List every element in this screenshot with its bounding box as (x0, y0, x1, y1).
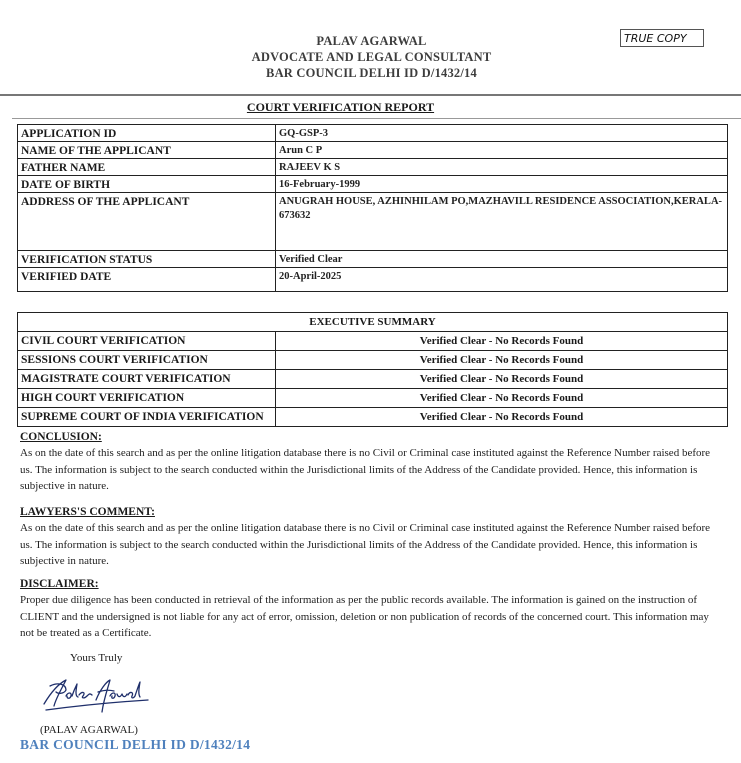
executive-summary-table: EXECUTIVE SUMMARY CIVIL COURT VERIFICATI… (17, 312, 728, 427)
detail-value: Arun C P (276, 142, 728, 159)
table-row: MAGISTRATE COURT VERIFICATIONVerified Cl… (18, 370, 728, 389)
title-divider (12, 118, 741, 119)
detail-label: VERIFIED DATE (18, 268, 276, 292)
table-row: VERIFIED DATE20-April-2025 (18, 268, 728, 292)
detail-label: DATE OF BIRTH (18, 176, 276, 193)
summary-title: EXECUTIVE SUMMARY (18, 313, 728, 332)
detail-label: APPLICATION ID (18, 125, 276, 142)
footer-bar-id: BAR COUNCIL DELHI ID D/1432/14 (20, 737, 250, 753)
true-copy-stamp: TRUE COPY (620, 29, 704, 47)
detail-label: ADDRESS OF THE APPLICANT (18, 193, 276, 251)
lawyers-comment-text: As on the date of this search and as per… (20, 520, 720, 570)
report-title: COURT VERIFICATION REPORT (0, 100, 681, 115)
conclusion-text: As on the date of this search and as per… (20, 445, 720, 495)
table-row: DATE OF BIRTH16-February-1999 (18, 176, 728, 193)
lawyers-comment-section: LAWYERS'S COMMENT: As on the date of thi… (20, 505, 720, 570)
signer-name: (PALAV AGARWAL) (40, 724, 138, 736)
summary-label: HIGH COURT VERIFICATION (18, 389, 276, 408)
header-divider (0, 94, 741, 96)
detail-value: 16-February-1999 (276, 176, 728, 193)
advocate-bar-id: BAR COUNCIL DELHI ID D/1432/14 (1, 65, 741, 81)
summary-value: Verified Clear - No Records Found (276, 332, 728, 351)
disclaimer-section: DISCLAIMER: Proper due diligence has bee… (20, 577, 720, 642)
summary-label: CIVIL COURT VERIFICATION (18, 332, 276, 351)
conclusion-section: CONCLUSION: As on the date of this searc… (20, 430, 720, 495)
disclaimer-heading: DISCLAIMER: (20, 577, 720, 592)
table-row: ADDRESS OF THE APPLICANTANUGRAH HOUSE, A… (18, 193, 728, 251)
summary-label: MAGISTRATE COURT VERIFICATION (18, 370, 276, 389)
table-row: HIGH COURT VERIFICATIONVerified Clear - … (18, 389, 728, 408)
summary-value: Verified Clear - No Records Found (276, 351, 728, 370)
summary-value: Verified Clear - No Records Found (276, 408, 728, 427)
summary-label: SUPREME COURT OF INDIA VERIFICATION (18, 408, 276, 427)
lawyers-comment-heading: LAWYERS'S COMMENT: (20, 505, 720, 520)
summary-value: Verified Clear - No Records Found (276, 389, 728, 408)
table-header-row: EXECUTIVE SUMMARY (18, 313, 728, 332)
summary-label: SESSIONS COURT VERIFICATION (18, 351, 276, 370)
table-row: SESSIONS COURT VERIFICATIONVerified Clea… (18, 351, 728, 370)
summary-value: Verified Clear - No Records Found (276, 370, 728, 389)
applicant-details-table: APPLICATION IDGQ-GSP-3 NAME OF THE APPLI… (17, 124, 728, 292)
detail-value: Verified Clear (276, 251, 728, 268)
table-row: FATHER NAMERAJEEV K S (18, 159, 728, 176)
conclusion-heading: CONCLUSION: (20, 430, 720, 445)
advocate-role: ADVOCATE AND LEGAL CONSULTANT (1, 49, 741, 65)
detail-label: FATHER NAME (18, 159, 276, 176)
detail-label: NAME OF THE APPLICANT (18, 142, 276, 159)
table-row: VERIFICATION STATUSVerified Clear (18, 251, 728, 268)
detail-value: ANUGRAH HOUSE, AZHINHILAM PO,MAZHAVILL R… (276, 193, 728, 251)
disclaimer-text: Proper due diligence has been conducted … (20, 592, 720, 642)
table-row: CIVIL COURT VERIFICATIONVerified Clear -… (18, 332, 728, 351)
detail-label: VERIFICATION STATUS (18, 251, 276, 268)
table-row: SUPREME COURT OF INDIA VERIFICATIONVerif… (18, 408, 728, 427)
detail-value: 20-April-2025 (276, 268, 728, 292)
detail-value: RAJEEV K S (276, 159, 728, 176)
closing-text: Yours Truly (70, 652, 122, 664)
detail-value: GQ-GSP-3 (276, 125, 728, 142)
table-row: APPLICATION IDGQ-GSP-3 (18, 125, 728, 142)
table-row: NAME OF THE APPLICANTArun C P (18, 142, 728, 159)
signature-icon (36, 672, 156, 718)
